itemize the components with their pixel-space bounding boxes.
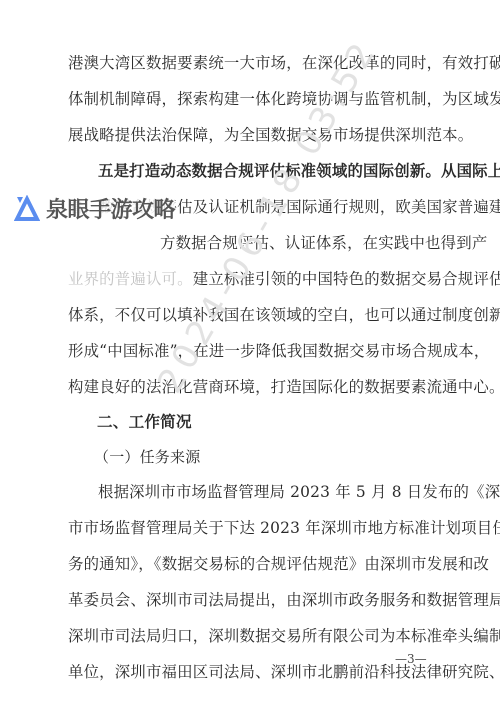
page-number: —3— <box>395 652 427 666</box>
document-page: 港澳大湾区数据要素统一大市场，在深化改革的同时，有效打破 体制机制障碍，探索构建… <box>0 0 500 707</box>
text-line: 市市场监督管理局关于下达 2023 年深圳市地方标准计划项目任 <box>68 517 438 539</box>
brand-name: 泉眼手游攻略 <box>46 193 175 224</box>
text-line: 展战略提供法治保障，为全国数据交易市场提供深圳范本。 <box>68 124 438 146</box>
section-heading: 二、工作简况 <box>97 411 467 433</box>
paragraph-five-text: 五是打造动态数据合规评估标准领域的国际创新。从国际上 <box>98 162 500 180</box>
text-line: 革委员会、深圳市司法局提出，由深圳市政务服务和数据管理局、 <box>68 589 438 611</box>
subsection-heading-task-source: （一）任务来源 <box>94 446 464 468</box>
text-line: 深圳市司法局归口，深圳数据交易所有限公司为本标准牵头编制 <box>68 625 438 647</box>
paragraph-five-first-line: 五是打造动态数据合规评估标准领域的国际创新。从国际上 <box>98 160 438 182</box>
text-line: 务的通知》，《数据交易标的合规评估规范》由深圳市发展和改 <box>68 553 438 575</box>
faded-text: 业界的普遍认可。 <box>68 270 193 288</box>
brand-watermark: 泉眼手游攻略 <box>14 188 175 228</box>
text-line: 单位，深圳市福田区司法局、深圳市北鹏前沿科技法律研究院、 <box>68 661 438 683</box>
text-segment: 建立标准引领的中国特色的数据交易合规评估 <box>193 270 500 288</box>
text-line: 体系，不仅可以填补我国在该领域的空白，也可以通过制度创新 <box>68 304 438 326</box>
text-line: 方数据合规评估、认证体系，在实践中也得到产 <box>160 232 438 254</box>
text-line: 形成“中国标准”，在进一步降低我国数据交易市场合规成本， <box>68 340 438 362</box>
text-line: 根据深圳市市场监督管理局 2023 年 5 月 8 日发布的《深圳 <box>98 481 438 503</box>
text-line: 体制机制障碍，探索构建一体化跨境协调与监管机制，为区域发 <box>68 88 438 110</box>
text-line: 港澳大湾区数据要素统一大市场，在深化改革的同时，有效打破 <box>68 52 438 74</box>
text-line-with-faded-start: 业界的普遍认可。建立标准引领的中国特色的数据交易合规评估 <box>68 268 438 290</box>
triangle-logo-icon <box>14 195 40 221</box>
text-line: 构建良好的法治化营商环境，打造国际化的数据要素流通中心。 <box>68 376 438 398</box>
